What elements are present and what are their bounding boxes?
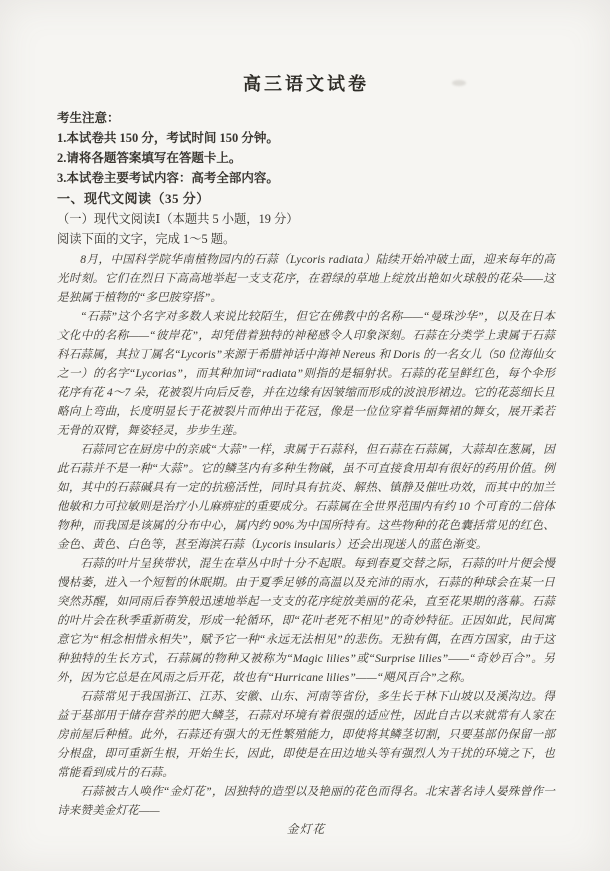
- notice-item-2: 2.请将各题答案填写在答题卡上。: [57, 148, 555, 168]
- passage-paragraph-4: 石蒜的叶片呈狭带状，混生在草丛中时十分不起眼。每到春夏交替之际，石蒜的叶片便会慢…: [57, 554, 555, 687]
- passage-paragraph-1: 8月，中国科学院华南植物园内的石蒜（Lycoris radiata）陆续开始冲破…: [57, 250, 555, 307]
- passage-paragraph-3: 石蒜同它在厨房中的亲戚“大蒜”一样，隶属于石蒜科，但石蒜在石蒜属，大蒜却在葱属，…: [57, 440, 555, 554]
- scan-artifact: [452, 80, 466, 86]
- section-heading-modern-reading: 一、现代文阅读（35 分）: [57, 188, 555, 209]
- passage-paragraph-5: 石蒜常见于我国浙江、江苏、安徽、山东、河南等省份，多生长于林下山坡以及溪沟边。得…: [57, 687, 555, 782]
- page-title: 高三语文试卷: [57, 70, 555, 96]
- candidate-notice: 考生注意： 1.本试卷共 150 分，考试时间 150 分钟。 2.请将各题答案…: [57, 108, 555, 188]
- notice-heading: 考生注意：: [57, 108, 555, 128]
- notice-item-1: 1.本试卷共 150 分，考试时间 150 分钟。: [57, 128, 555, 148]
- subsection-heading: （一）现代文阅读Ⅰ（本题共 5 小题，19 分）: [57, 209, 555, 229]
- reading-passage: 8月，中国科学院华南植物园内的石蒜（Lycoris radiata）陆续开始冲破…: [57, 250, 555, 839]
- exam-paper-page: 高三语文试卷 考生注意： 1.本试卷共 150 分，考试时间 150 分钟。 2…: [0, 0, 610, 871]
- passage-paragraph-2: “石蒜”这个名字对多数人来说比较陌生，但它在佛教中的名称——“曼珠沙华”，以及在…: [57, 307, 555, 440]
- notice-item-3: 3.本试卷主要考试内容：高考全部内容。: [57, 168, 555, 188]
- poem-title: 金灯花: [57, 820, 555, 839]
- reading-instruction: 阅读下面的文字，完成 1～5 题。: [57, 229, 555, 249]
- passage-paragraph-6: 石蒜被古人唤作“金灯花”，因独特的造型以及艳丽的花色而得名。北宋著名诗人晏殊曾作…: [57, 782, 555, 820]
